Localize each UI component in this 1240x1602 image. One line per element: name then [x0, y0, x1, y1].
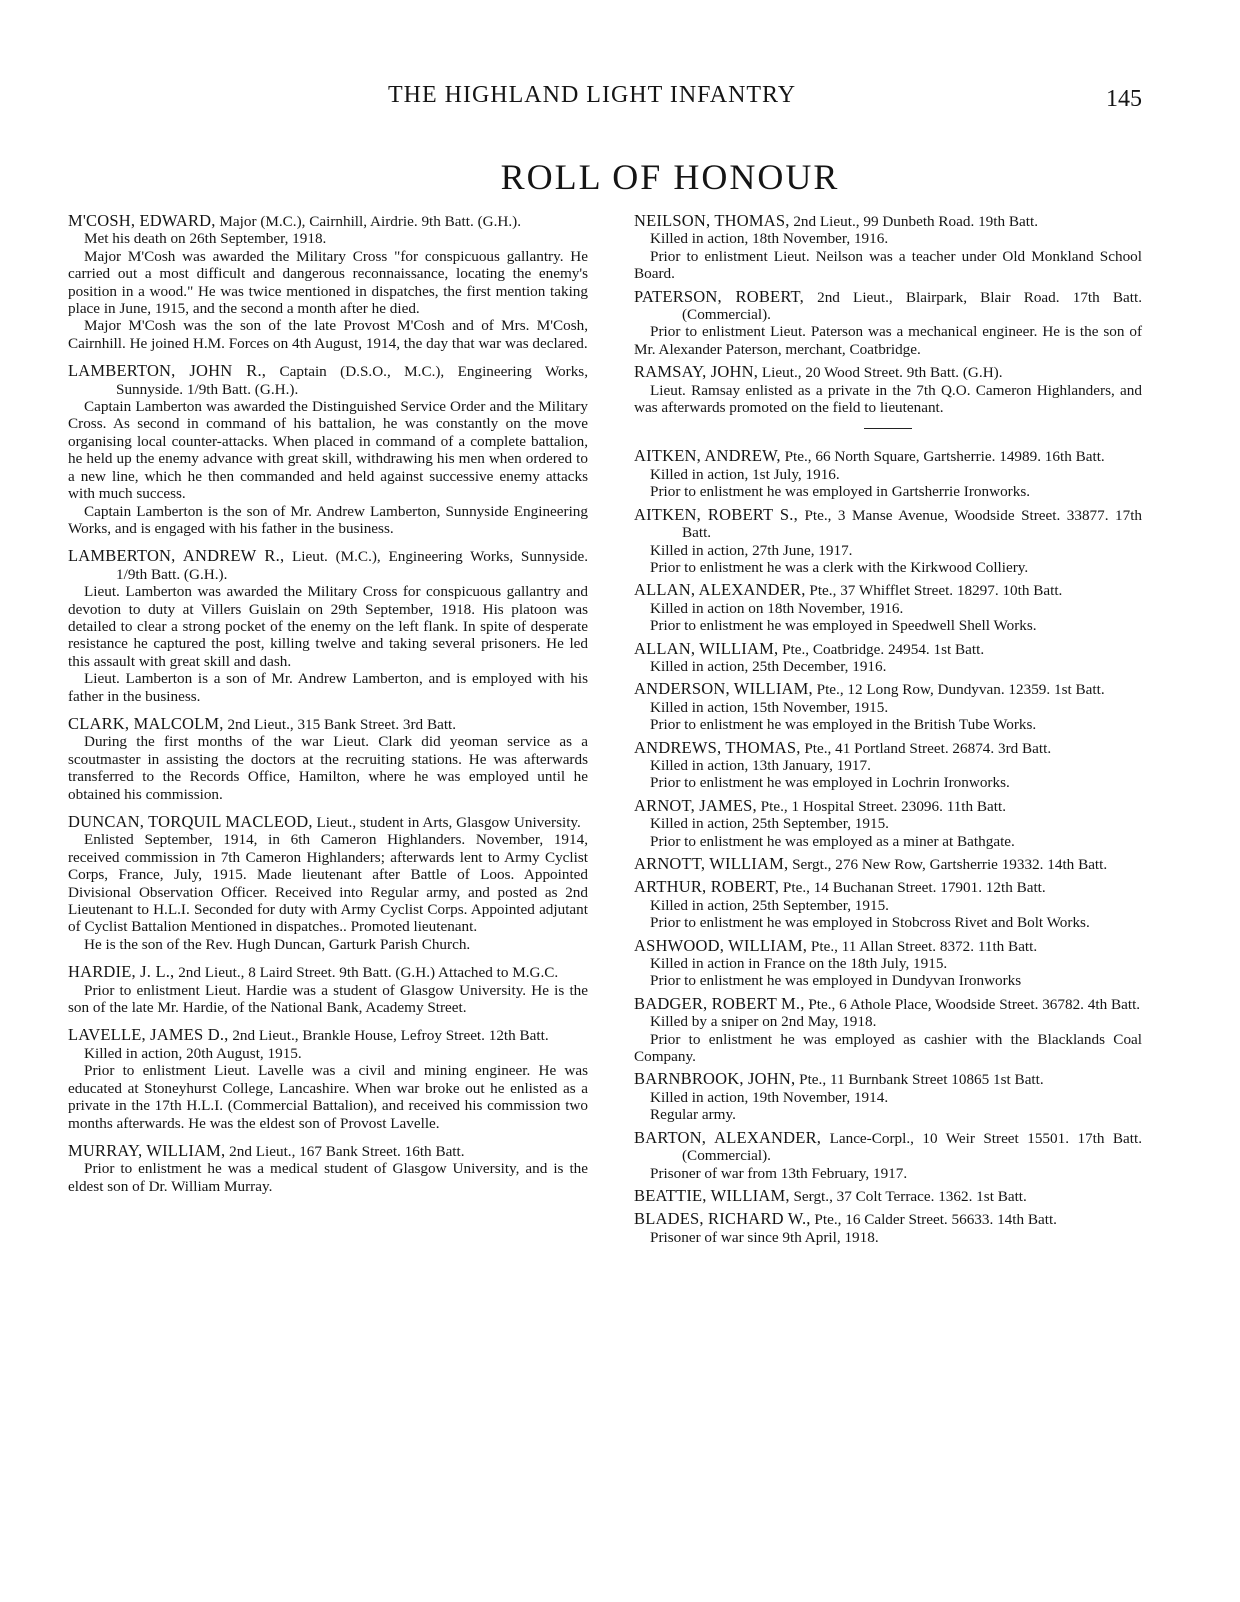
- roll-entry: ARNOTT, WILLIAM, Sergt., 276 New Row, Ga…: [634, 855, 1142, 873]
- entry-paragraph: Killed in action, 13th January, 1917.: [634, 757, 1142, 774]
- entry-name: LAMBERTON, JOHN R.,: [68, 361, 266, 380]
- page-number: 145: [1106, 86, 1142, 113]
- roll-entry: AITKEN, ANDREW, Pte., 66 North Square, G…: [634, 447, 1142, 500]
- roll-entry: BADGER, ROBERT M., Pte., 6 Athole Place,…: [634, 995, 1142, 1066]
- roll-entry: ASHWOOD, WILLIAM, Pte., 11 Allan Street.…: [634, 937, 1142, 990]
- entry-name: CLARK, MALCOLM,: [68, 714, 224, 733]
- entry-paragraph: Prior to enlistment Lieut. Lavelle was a…: [68, 1062, 588, 1132]
- roll-entry: ANDREWS, THOMAS, Pte., 41 Portland Stree…: [634, 739, 1142, 792]
- entry-heading: BARNBROOK, JOHN, Pte., 11 Burnbank Stree…: [634, 1070, 1142, 1088]
- entry-paragraph: Killed in action, 25th September, 1915.: [634, 815, 1142, 832]
- entry-heading: HARDIE, J. L., 2nd Lieut., 8 Laird Stree…: [68, 963, 588, 981]
- entry-details: Pte., 12 Long Row, Dundyvan. 12359. 1st …: [817, 681, 1105, 698]
- entry-details: Sergt., 37 Colt Terrace. 1362. 1st Batt.: [793, 1188, 1026, 1205]
- entry-paragraph: Killed in action, 15th November, 1915.: [634, 699, 1142, 716]
- entry-heading: NEILSON, THOMAS, 2nd Lieut., 99 Dunbeth …: [634, 212, 1142, 230]
- entry-paragraph: Lieut. Lamberton is a son of Mr. Andrew …: [68, 670, 588, 705]
- entry-details: 2nd Lieut., 167 Bank Street. 16th Batt.: [229, 1143, 464, 1160]
- section-divider: [864, 428, 912, 429]
- entry-heading: PATERSON, ROBERT, 2nd Lieut., Blairpark,…: [634, 288, 1142, 324]
- other-ranks-entries: AITKEN, ANDREW, Pte., 66 North Square, G…: [634, 447, 1142, 1246]
- roll-entry: M'COSH, EDWARD, Major (M.C.), Cairnhill,…: [68, 212, 588, 352]
- left-column: M'COSH, EDWARD, Major (M.C.), Cairnhill,…: [68, 212, 588, 1205]
- entry-heading: ANDERSON, WILLIAM, Pte., 12 Long Row, Du…: [634, 680, 1142, 698]
- entry-paragraph: Prior to enlistment he was employed as c…: [634, 1031, 1142, 1066]
- entry-heading: MURRAY, WILLIAM, 2nd Lieut., 167 Bank St…: [68, 1142, 588, 1160]
- entry-name: BARTON, ALEXANDER,: [634, 1128, 821, 1147]
- entry-paragraph: Killed by a sniper on 2nd May, 1918.: [634, 1013, 1142, 1030]
- entry-paragraph: Killed in action on 18th November, 1916.: [634, 600, 1142, 617]
- entry-name: M'COSH, EDWARD,: [68, 211, 216, 230]
- entry-heading: M'COSH, EDWARD, Major (M.C.), Cairnhill,…: [68, 212, 588, 230]
- entry-paragraph: Enlisted September, 1914, in 6th Cameron…: [68, 831, 588, 935]
- roll-entry: NEILSON, THOMAS, 2nd Lieut., 99 Dunbeth …: [634, 212, 1142, 283]
- roll-entry: DUNCAN, TORQUIL MACLEOD, Lieut., student…: [68, 813, 588, 953]
- entry-name: HARDIE, J. L.,: [68, 962, 174, 981]
- entry-paragraph: Prisoner of war since 9th April, 1918.: [634, 1229, 1142, 1246]
- entry-details: Pte., 1 Hospital Street. 23096. 11th Bat…: [761, 798, 1006, 815]
- entry-heading: ALLAN, WILLIAM, Pte., Coatbridge. 24954.…: [634, 640, 1142, 658]
- entry-details: 2nd Lieut., 8 Laird Street. 9th Batt. (G…: [178, 964, 558, 981]
- roll-entry: ALLAN, WILLIAM, Pte., Coatbridge. 24954.…: [634, 640, 1142, 676]
- roll-entry: BARNBROOK, JOHN, Pte., 11 Burnbank Stree…: [634, 1070, 1142, 1123]
- entry-paragraph: Major M'Cosh was awarded the Military Cr…: [68, 248, 588, 318]
- entry-heading: LAVELLE, JAMES D., 2nd Lieut., Brankle H…: [68, 1026, 588, 1044]
- entry-paragraph: Prior to enlistment he was employed as a…: [634, 833, 1142, 850]
- roll-entry: MURRAY, WILLIAM, 2nd Lieut., 167 Bank St…: [68, 1142, 588, 1195]
- entry-name: DUNCAN, TORQUIL MACLEOD,: [68, 812, 313, 831]
- entry-details: Pte., 66 North Square, Gartsherrie. 1498…: [785, 448, 1105, 465]
- entry-name: BEATTIE, WILLIAM,: [634, 1186, 790, 1205]
- entry-heading: LAMBERTON, ANDREW R., Lieut. (M.C.), Eng…: [68, 547, 588, 583]
- roll-entry: PATERSON, ROBERT, 2nd Lieut., Blairpark,…: [634, 288, 1142, 359]
- entry-name: ARTHUR, ROBERT,: [634, 877, 779, 896]
- entry-heading: BLADES, RICHARD W., Pte., 16 Calder Stre…: [634, 1210, 1142, 1228]
- entry-heading: BADGER, ROBERT M., Pte., 6 Athole Place,…: [634, 995, 1142, 1013]
- roll-entry: LAMBERTON, ANDREW R., Lieut. (M.C.), Eng…: [68, 547, 588, 705]
- entry-heading: DUNCAN, TORQUIL MACLEOD, Lieut., student…: [68, 813, 588, 831]
- entry-details: Pte., Coatbridge. 24954. 1st Batt.: [782, 641, 984, 658]
- entry-paragraph: Major M'Cosh was the son of the late Pro…: [68, 317, 588, 352]
- entry-paragraph: Killed in action in France on the 18th J…: [634, 955, 1142, 972]
- entry-name: ALLAN, WILLIAM,: [634, 639, 778, 658]
- entry-paragraph: Prior to enlistment Lieut. Paterson was …: [634, 323, 1142, 358]
- entry-heading: AITKEN, ROBERT S., Pte., 3 Manse Avenue,…: [634, 506, 1142, 542]
- entry-paragraph: Met his death on 26th September, 1918.: [68, 230, 588, 247]
- entry-paragraph: Killed in action, 27th June, 1917.: [634, 542, 1142, 559]
- entry-paragraph: Killed in action, 1st July, 1916.: [634, 466, 1142, 483]
- entry-name: ARNOTT, WILLIAM,: [634, 854, 788, 873]
- roll-entry: HARDIE, J. L., 2nd Lieut., 8 Laird Stree…: [68, 963, 588, 1016]
- roll-entry: AITKEN, ROBERT S., Pte., 3 Manse Avenue,…: [634, 506, 1142, 577]
- roll-entry: LAMBERTON, JOHN R., Captain (D.S.O., M.C…: [68, 362, 588, 537]
- entry-name: ANDREWS, THOMAS,: [634, 738, 801, 757]
- entry-heading: CLARK, MALCOLM, 2nd Lieut., 315 Bank Str…: [68, 715, 588, 733]
- entry-name: LAMBERTON, ANDREW R.,: [68, 546, 284, 565]
- roll-entry: ARNOT, JAMES, Pte., 1 Hospital Street. 2…: [634, 797, 1142, 850]
- entry-details: Sergt., 276 New Row, Gartsherrie 19332. …: [792, 856, 1107, 873]
- roll-entry: CLARK, MALCOLM, 2nd Lieut., 315 Bank Str…: [68, 715, 588, 803]
- roll-entry: BEATTIE, WILLIAM, Sergt., 37 Colt Terrac…: [634, 1187, 1142, 1205]
- roll-entry: BLADES, RICHARD W., Pte., 16 Calder Stre…: [634, 1210, 1142, 1246]
- entry-paragraph: Prior to enlistment he was employed in S…: [634, 914, 1142, 931]
- entry-details: Pte., 11 Allan Street. 8372. 11th Batt.: [811, 938, 1037, 955]
- entry-paragraph: Prior to enlistment he was employed in G…: [634, 483, 1142, 500]
- page-title-text: ROLL OF HONOUR: [501, 156, 840, 198]
- entry-name: ASHWOOD, WILLIAM,: [634, 936, 807, 955]
- entry-details: Lieut., student in Arts, Glasgow Univers…: [316, 814, 580, 831]
- entry-heading: ANDREWS, THOMAS, Pte., 41 Portland Stree…: [634, 739, 1142, 757]
- entry-name: LAVELLE, JAMES D.,: [68, 1025, 229, 1044]
- officer-entries: NEILSON, THOMAS, 2nd Lieut., 99 Dunbeth …: [634, 212, 1142, 416]
- entry-name: AITKEN, ANDREW,: [634, 446, 781, 465]
- entry-heading: BARTON, ALEXANDER, Lance-Corpl., 10 Weir…: [634, 1129, 1142, 1165]
- roll-entry: ANDERSON, WILLIAM, Pte., 12 Long Row, Du…: [634, 680, 1142, 733]
- entry-details: 2nd Lieut., 99 Dunbeth Road. 19th Batt.: [793, 213, 1038, 230]
- roll-entry: ALLAN, ALEXANDER, Pte., 37 Whifflet Stre…: [634, 581, 1142, 634]
- entry-heading: LAMBERTON, JOHN R., Captain (D.S.O., M.C…: [68, 362, 588, 398]
- running-head: THE HIGHLAND LIGHT INFANTRY: [388, 82, 796, 109]
- entry-details: Major (M.C.), Cairnhill, Airdrie. 9th Ba…: [219, 213, 521, 230]
- entry-paragraph: Killed in action, 18th November, 1916.: [634, 230, 1142, 247]
- entry-name: PATERSON, ROBERT,: [634, 287, 804, 306]
- entry-details: 2nd Lieut., 315 Bank Street. 3rd Batt.: [227, 716, 456, 733]
- entry-heading: ARNOTT, WILLIAM, Sergt., 276 New Row, Ga…: [634, 855, 1142, 873]
- page-title: ROLL OF HONOUR: [0, 156, 1240, 198]
- entry-details: Pte., 37 Whifflet Street. 18297. 10th Ba…: [809, 582, 1062, 599]
- entry-heading: RAMSAY, JOHN, Lieut., 20 Wood Street. 9t…: [634, 363, 1142, 381]
- entry-name: ANDERSON, WILLIAM,: [634, 679, 813, 698]
- entry-paragraph: Prior to enlistment he was employed in D…: [634, 972, 1142, 989]
- entry-paragraph: Prisoner of war from 13th February, 1917…: [634, 1165, 1142, 1182]
- entry-paragraph: Prior to enlistment Lieut. Hardie was a …: [68, 982, 588, 1017]
- roll-entry: RAMSAY, JOHN, Lieut., 20 Wood Street. 9t…: [634, 363, 1142, 416]
- entry-paragraph: Prior to enlistment he was a clerk with …: [634, 559, 1142, 576]
- entry-paragraph: Prior to enlistment he was employed in L…: [634, 774, 1142, 791]
- entry-details: Pte., 14 Buchanan Street. 17901. 12th Ba…: [783, 879, 1046, 896]
- roll-entry: BARTON, ALEXANDER, Lance-Corpl., 10 Weir…: [634, 1129, 1142, 1182]
- entry-name: ALLAN, ALEXANDER,: [634, 580, 806, 599]
- entry-paragraph: Lieut. Ramsay enlisted as a private in t…: [634, 382, 1142, 417]
- entry-details: Pte., 41 Portland Street. 26874. 3rd Bat…: [804, 740, 1051, 757]
- entry-paragraph: Killed in action, 20th August, 1915.: [68, 1045, 588, 1062]
- entry-paragraph: Captain Lamberton was awarded the Distin…: [68, 398, 588, 502]
- entry-paragraph: Prior to enlistment he was a medical stu…: [68, 1160, 588, 1195]
- entry-paragraph: Lieut. Lamberton was awarded the Militar…: [68, 583, 588, 670]
- entry-name: ARNOT, JAMES,: [634, 796, 757, 815]
- entry-details: Pte., 16 Calder Street. 56633. 14th Batt…: [814, 1211, 1057, 1228]
- entry-heading: ARTHUR, ROBERT, Pte., 14 Buchanan Street…: [634, 878, 1142, 896]
- entry-details: Lieut., 20 Wood Street. 9th Batt. (G.H).: [762, 364, 1003, 381]
- entry-name: BADGER, ROBERT M.,: [634, 994, 805, 1013]
- entry-paragraph: Prior to enlistment Lieut. Neilson was a…: [634, 248, 1142, 283]
- entry-name: AITKEN, ROBERT S.,: [634, 505, 798, 524]
- entry-paragraph: He is the son of the Rev. Hugh Duncan, G…: [68, 936, 588, 953]
- entry-paragraph: During the first months of the war Lieut…: [68, 733, 588, 803]
- entry-heading: AITKEN, ANDREW, Pte., 66 North Square, G…: [634, 447, 1142, 465]
- entry-heading: BEATTIE, WILLIAM, Sergt., 37 Colt Terrac…: [634, 1187, 1142, 1205]
- entry-paragraph: Captain Lamberton is the son of Mr. Andr…: [68, 503, 588, 538]
- entry-paragraph: Prior to enlistment he was employed in S…: [634, 617, 1142, 634]
- entry-name: NEILSON, THOMAS,: [634, 211, 790, 230]
- roll-entry: LAVELLE, JAMES D., 2nd Lieut., Brankle H…: [68, 1026, 588, 1131]
- entry-name: RAMSAY, JOHN,: [634, 362, 758, 381]
- entry-details: 2nd Lieut., Brankle House, Lefroy Street…: [232, 1027, 548, 1044]
- entry-paragraph: Killed in action, 25th December, 1916.: [634, 658, 1142, 675]
- entry-heading: ALLAN, ALEXANDER, Pte., 37 Whifflet Stre…: [634, 581, 1142, 599]
- entry-name: BARNBROOK, JOHN,: [634, 1069, 795, 1088]
- right-column: NEILSON, THOMAS, 2nd Lieut., 99 Dunbeth …: [634, 212, 1142, 1251]
- entry-paragraph: Killed in action, 25th September, 1915.: [634, 897, 1142, 914]
- entry-details: Pte., 6 Athole Place, Woodside Street. 3…: [808, 996, 1140, 1013]
- entry-paragraph: Prior to enlistment he was employed in t…: [634, 716, 1142, 733]
- entry-heading: ASHWOOD, WILLIAM, Pte., 11 Allan Street.…: [634, 937, 1142, 955]
- roll-entry: ARTHUR, ROBERT, Pte., 14 Buchanan Street…: [634, 878, 1142, 931]
- entry-paragraph: Regular army.: [634, 1106, 1142, 1123]
- entry-heading: ARNOT, JAMES, Pte., 1 Hospital Street. 2…: [634, 797, 1142, 815]
- entry-name: BLADES, RICHARD W.,: [634, 1209, 811, 1228]
- entry-paragraph: Killed in action, 19th November, 1914.: [634, 1089, 1142, 1106]
- entry-name: MURRAY, WILLIAM,: [68, 1141, 225, 1160]
- entry-details: Pte., 11 Burnbank Street 10865 1st Batt.: [799, 1071, 1044, 1088]
